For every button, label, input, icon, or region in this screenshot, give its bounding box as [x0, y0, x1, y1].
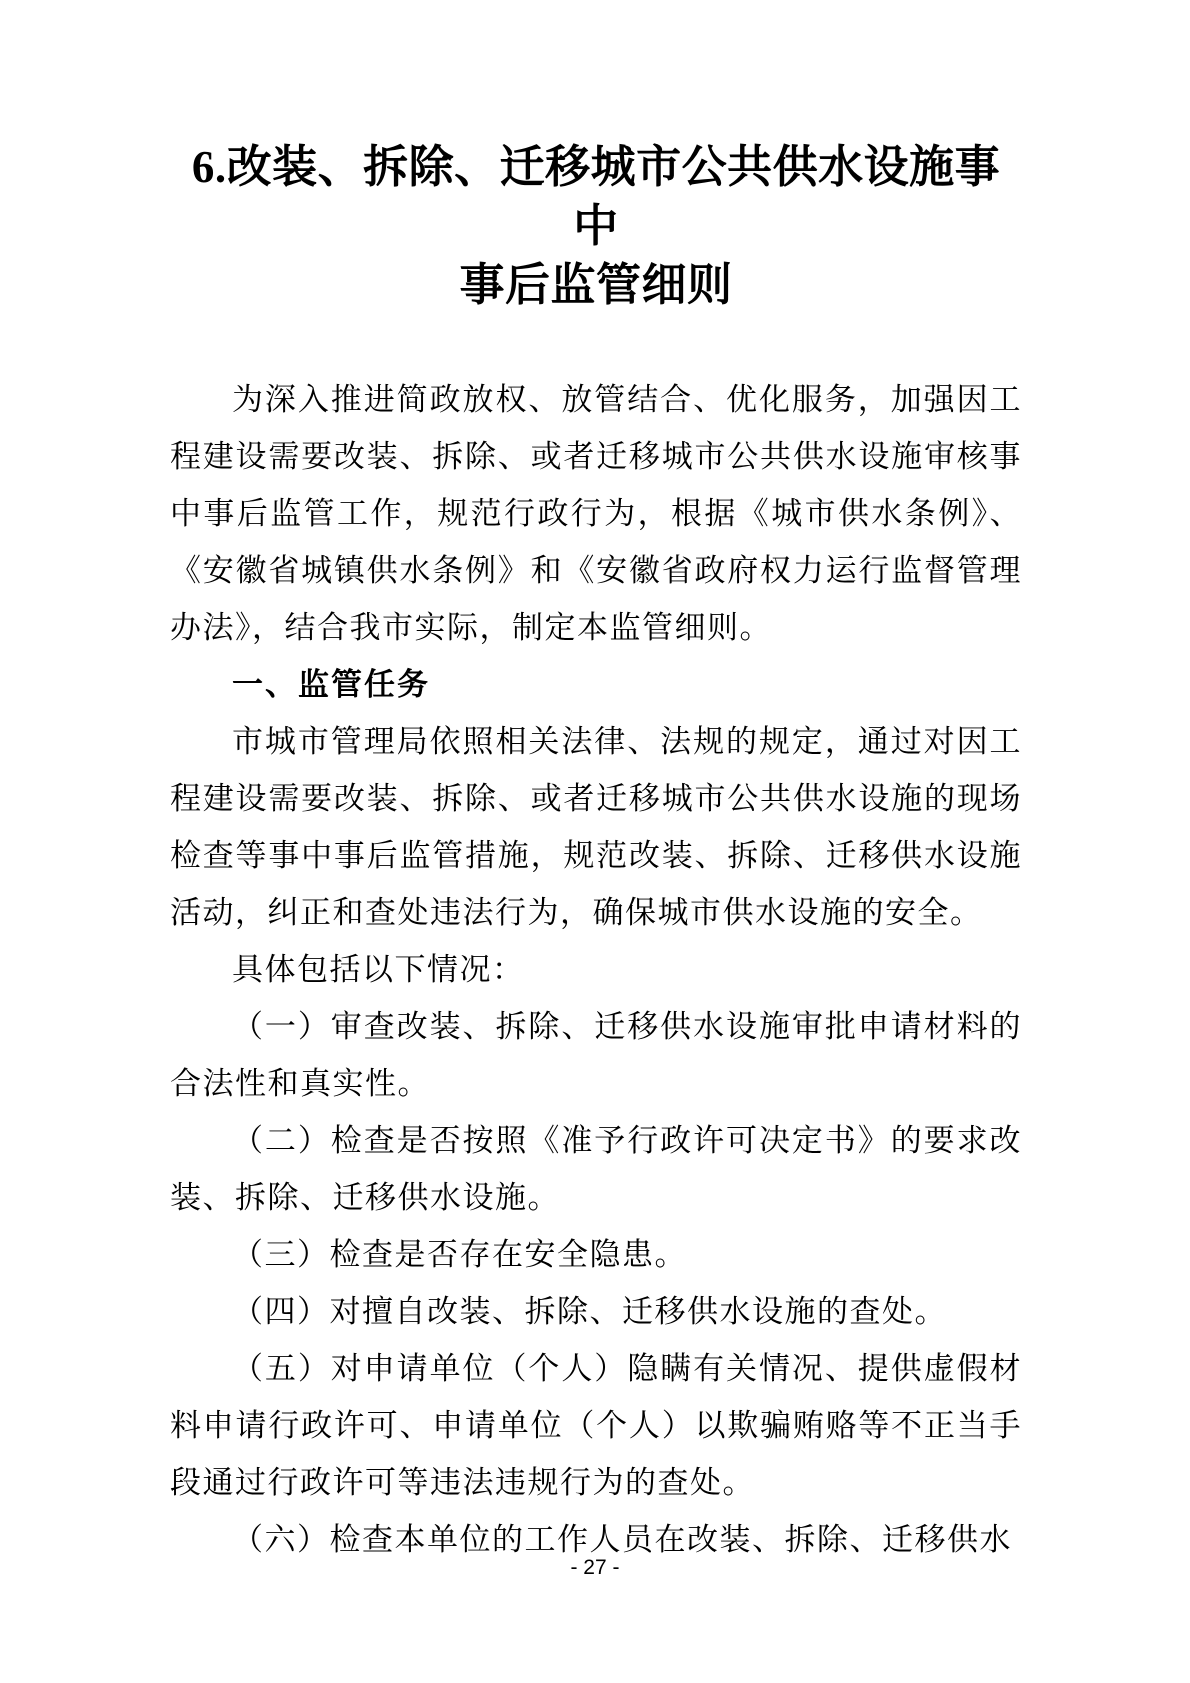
- doc-title-line-2: 事后监管细则: [170, 256, 1022, 315]
- list-item-4: （四）对擅自改装、拆除、迁移供水设施的查处。: [170, 1283, 1022, 1340]
- list-item-2: （二）检查是否按照《准予行政许可决定书》的要求改装、拆除、迁移供水设施。: [170, 1112, 1022, 1226]
- page-number: - 27 -: [0, 1556, 1190, 1580]
- list-item-5: （五）对申请单位（个人）隐瞒有关情况、提供虚假材料申请行政许可、申请单位（个人）…: [170, 1340, 1022, 1511]
- section-heading-supervision-tasks: 一、监管任务: [170, 656, 1022, 713]
- intro-paragraph: 为深入推进简政放权、放管结合、优化服务，加强因工程建设需要改装、拆除、或者迁移城…: [170, 371, 1022, 656]
- specifics-intro: 具体包括以下情况：: [170, 941, 1022, 998]
- list-item-3: （三）检查是否存在安全隐患。: [170, 1226, 1022, 1283]
- doc-title-line-1: 6.改装、拆除、迁移城市公共供水设施事中: [170, 138, 1022, 256]
- doc-title: 6.改装、拆除、迁移城市公共供水设施事中 事后监管细则: [170, 138, 1022, 315]
- list-item-1: （一）审查改装、拆除、迁移供水设施审批申请材料的合法性和真实性。: [170, 998, 1022, 1112]
- document-page: 6.改装、拆除、迁移城市公共供水设施事中 事后监管细则 为深入推进简政放权、放管…: [0, 0, 1190, 1683]
- tasks-paragraph: 市城市管理局依照相关法律、法规的规定，通过对因工程建设需要改装、拆除、或者迁移城…: [170, 713, 1022, 941]
- document-content: 6.改装、拆除、迁移城市公共供水设施事中 事后监管细则 为深入推进简政放权、放管…: [0, 0, 1190, 1568]
